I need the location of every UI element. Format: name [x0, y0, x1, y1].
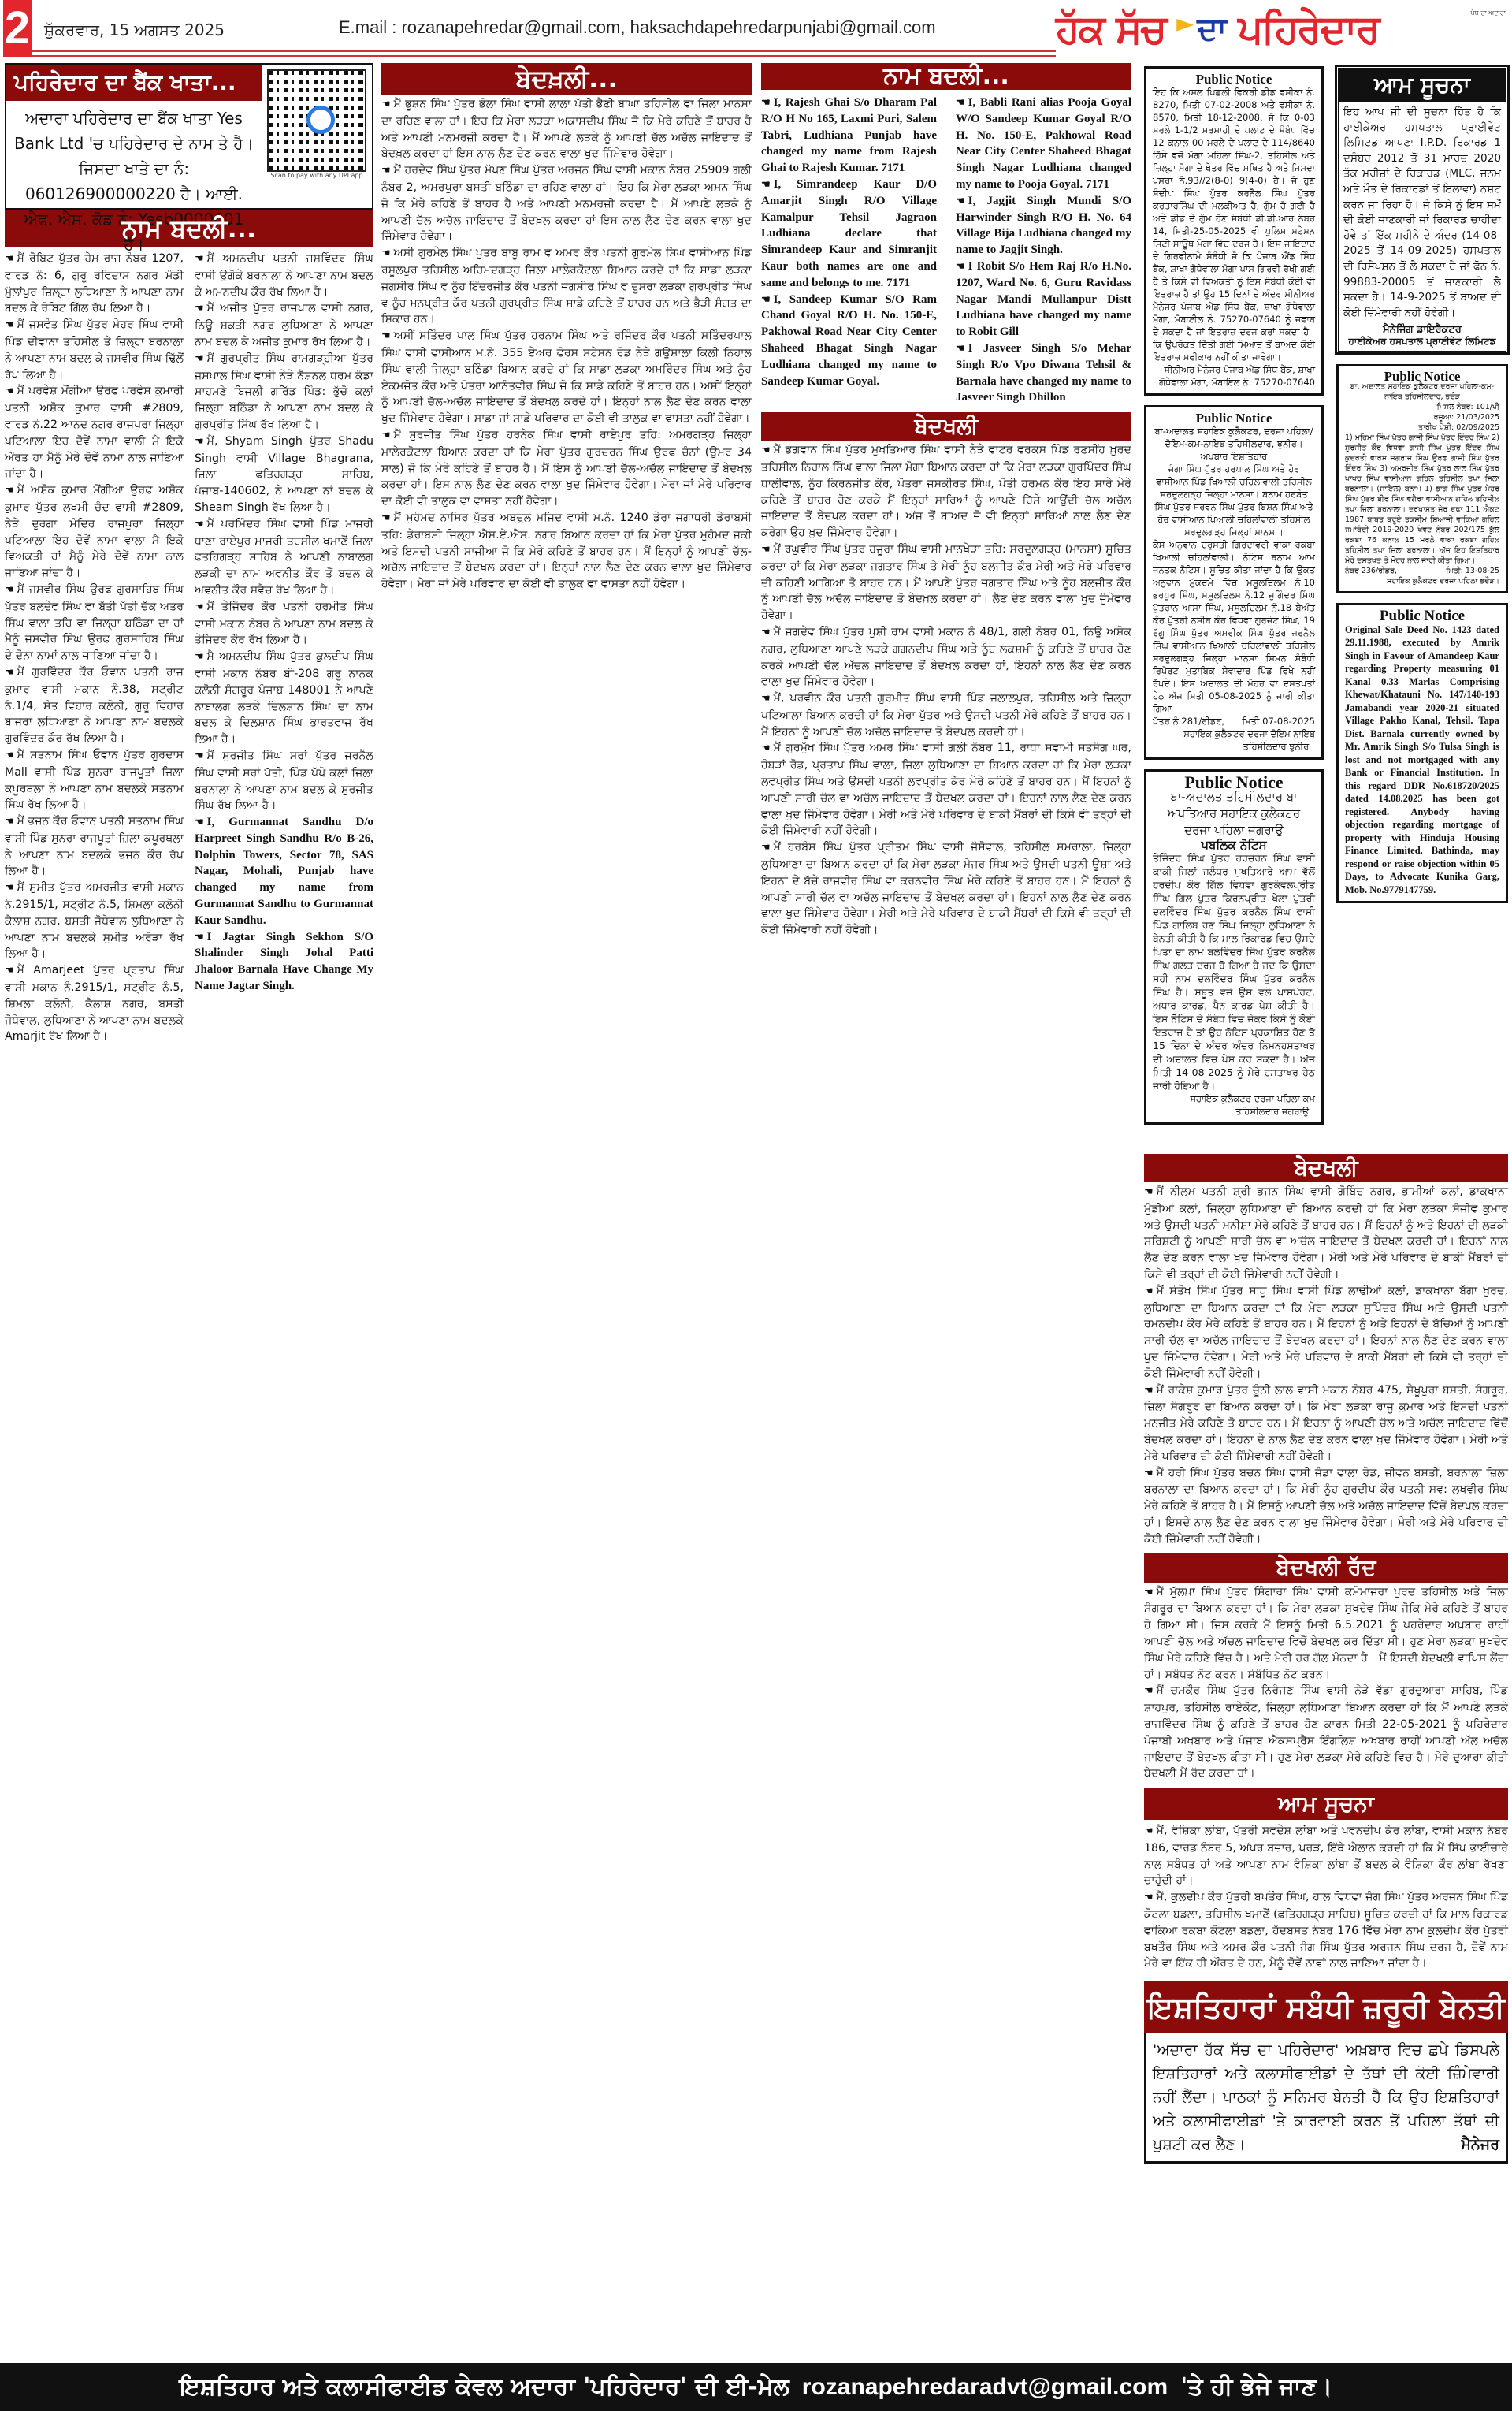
pointing-hand-icon: ☚: [761, 178, 771, 190]
page-number: 2: [3, 0, 32, 57]
signatory-org: ਹਾਈਕੇਅਰ ਹਸਪਤਾਲ ਪ੍ਰਾਈਵੇਟ ਲਿਮਿਟਡ: [1339, 336, 1506, 351]
masthead: 2 ਸ਼ੁੱਕਰਵਾਰ, 15 ਅਗਸਤ 2025 E.mail : rozan…: [0, 0, 1512, 55]
contact-emails: E.mail : rozanapehredar@gmail.com, haksa…: [339, 17, 936, 38]
footer-suffix: 'ਤੇ ਹੀ ਭੇਜੇ ਜਾਣ।: [1180, 2373, 1332, 2401]
pointing-hand-icon: ☚: [5, 816, 14, 828]
list-item: ☚ਮੈਂ ਅਮਨਦੀਪ ਪਤਨੀ ਜਸਵਿੰਦਰ ਸਿੰਘ ਵਾਸੀ ਉਗੋਕੇ…: [195, 251, 373, 300]
pointing-hand-icon: ☚: [1144, 1685, 1154, 1697]
pointing-hand-icon: ☚: [195, 651, 204, 663]
name-change-list-left: ☚ਮੈਂ ਰੋਬਿਟ ਪੁੱਤਰ ਹੇਮ ਰਾਜ ਨੰਬਰ 1207, ਵਾਰਡ…: [5, 251, 184, 1045]
list-item: ☚ਮੈਂ ਹਰੀ ਸਿੰਘ ਪੁੱਤਰ ਬਚਨ ਸਿੰਘ ਵਾਸੀ ਜੰਡਾ ਵ…: [1144, 1465, 1508, 1548]
list-item: ☚ਮੈਂ ਮੁੱਲਖ਼ਾ ਸਿੰਘ ਪੁੱਤਰ ਸ਼ਿੰਗਾਰਾ ਸਿੰਘ ਵਾ…: [1144, 1584, 1508, 1684]
column-public-notices-left: Public Notice ਇਹ ਕਿ ਅਸਲ ਪਿਛਲੀ ਵਿਕਰੀ ਡੀਡ …: [1144, 66, 1324, 1134]
logo-part-1: ਹੱਕ ਸੱਚ: [1056, 6, 1165, 53]
public-notice-sale-deed: Public Notice Original Sale Deed No. 142…: [1336, 603, 1508, 903]
list-item: ☚ਮੈਂ ਸੁਮੀਤ ਪੁੱਤਰ ਅਮਰਜੀਤ ਵਾਸੀ ਮਕਾਨ ਨੰ.291…: [5, 880, 184, 962]
list-item: ☚ਮੈਂ ਚਮਕੌਰ ਸਿੰਘ ਪੁੱਤਰ ਨਿਰੰਜਣ ਸਿੰਘ ਵਾਸੀ ਨ…: [1144, 1683, 1508, 1782]
pointing-hand-icon: ☚: [5, 584, 14, 596]
section-title-name-change-2: ਨਾਮ ਬਦਲੀ...: [761, 63, 1131, 90]
list-item: ☚ਮੈਂ, ਵੰਸ਼ਿਕਾ ਲਾਂਬਾ, ਪੁੱਤਰੀ ਸਵਦੇਸ਼ ਲਾਂਬਾ…: [1144, 1823, 1508, 1889]
list-item: ☚ਮੈਂ, ਪਰਵੀਨ ਕੌਰ ਪਤਨੀ ਗੁਰਮੀਤ ਸਿੰਘ ਵਾਸੀ ਪਿ…: [761, 690, 1131, 740]
list-item: ☚ਮੈਂ ਰੋਬਿਟ ਪੁੱਤਰ ਹੇਮ ਰਾਜ ਨੰਬਰ 1207, ਵਾਰਡ…: [5, 251, 184, 317]
list-item: ☚I, Simrandeep Kaur D/O Amarjit Singh R/…: [761, 177, 937, 292]
pointing-hand-icon: ☚: [195, 303, 204, 314]
list-item: ☚ਮੈਂ ਗੁਰਵਿੰਦਰ ਕੌਰ ਓਵਾਨ ਪਤਨੀ ਰਾਜ ਕੁਮਾਰ ਵਾ…: [5, 664, 184, 747]
list-item: ☚I Jasveer Singh S/o Mehar Singh R/o Vpo…: [956, 340, 1131, 406]
pointing-hand-icon: ☚: [5, 882, 14, 894]
pointing-hand-icon: ☚: [1144, 1892, 1154, 1903]
pointing-hand-icon: ☚: [5, 319, 14, 331]
list-item: ☚ਅਸੀ ਗੁਰਮੇਲ ਸਿੰਘ ਪੁਤਰ ਬਾਬੂ ਰਾਮ ਵ ਅਮਰ ਕੌਰ…: [381, 245, 752, 328]
signatory: ਮੈਨੇਜਿੰਗ ਡਾਇਰੈਕਟਰ: [1339, 324, 1506, 336]
list-item: ☚ਮੈਂ ਰਘੁਵੀਰ ਸਿੰਘ ਪੁੱਤਰ ਹਜੂਰਾ ਸਿੰਘ ਵਾਸੀ ਮ…: [761, 541, 1131, 624]
pointing-hand-icon: ☚: [5, 385, 14, 397]
list-item: ☚ਮੈਂ ਜਸਵੀਰ ਸਿੰਘ ਉਰਫ ਗੁਰਸਾਹਿਬ ਸਿੰਘ ਪੁੱਤਰ …: [5, 582, 184, 664]
pointing-hand-icon: ☚: [195, 436, 204, 448]
pointing-hand-icon: ☚: [1144, 1468, 1154, 1479]
list-item: ☚ਮੈਂ ਭਗਵਾਨ ਸਿੰਘ ਪੁੱਤਰ ਮੁਖਤਿਆਰ ਸਿੰਘ ਵਾਸੀ …: [761, 442, 1131, 541]
list-item: ☚I, Rajesh Ghai S/o Dharam Pal R/O H No …: [761, 95, 937, 177]
pointing-hand-icon: ☚: [956, 342, 965, 354]
qr-caption: Scan to pay with any UPI app: [270, 172, 362, 179]
pointing-hand-icon: ☚: [195, 750, 204, 762]
pointing-hand-icon: ☚: [195, 519, 204, 530]
column-disinheritance: ਬੇਦਖ਼ਲੀ... ☚ਮੈਂ ਭੂਸ਼ਨ ਸਿੰਘ ਪੁੱਤਰ ਭੋਲਾ ਸਿ…: [381, 63, 752, 593]
pointing-hand-icon: ☚: [381, 430, 391, 441]
pointing-hand-icon: ☚: [381, 99, 391, 110]
list-item: ☚ਮੈਂ ਅਸ਼ੋਕ ਕੁਮਾਰ ਮੋਂਗੀਆ ਉਰਫ ਅਸ਼ੋਕ ਕੁਮਾਰ …: [5, 482, 184, 582]
pointing-hand-icon: ☚: [195, 353, 204, 365]
list-item: ☚ਮੈਂ, Shyam Singh ਪੁੱਤਰ Shadu Singh ਵਾਸੀ…: [195, 433, 373, 516]
english-name-list-right: ☚I, Babli Rani alias Pooja Goyal W/O San…: [956, 95, 1131, 406]
masthead-rule: [32, 50, 1056, 57]
list-item: ☚I, Babli Rani alias Pooja Goyal W/O San…: [956, 95, 1131, 193]
list-item: ☚ਮੈਂ ਹਰਬੰਸ ਸਿੰਘ ਪੁੱਤਰ ਪ੍ਰੀਤਮ ਸਿੰਘ ਵਾਸੀ ਜ…: [761, 839, 1131, 939]
footer-text: ਇਸ਼ਤਿਹਾਰ ਅਤੇ ਕਲਾਸੀਫਾਈਡ ਕੇਵਲ ਅਦਾਰਾ 'ਪਹਿਰੇ…: [180, 2373, 789, 2401]
column-right-lower: ਬੇਦਖਲੀ ☚ਮੈਂ ਨੀਲਮ ਪਤਨੀ ਸ਼੍ਰੀ ਭਜਨ ਸਿੰਘ ਵਾਸ…: [1144, 1154, 1508, 2164]
upi-qr-code[interactable]: [267, 69, 366, 172]
ads-appeal-box: 'ਅਦਾਰਾ ਹੱਕ ਸੱਚ ਦਾ ਪਹਿਰੇਦਾਰ' ਅਖ਼ਬਾਰ ਵਿਚ ਛ…: [1144, 2033, 1508, 2164]
pointing-hand-icon: ☚: [761, 693, 771, 705]
ads-appeal-title: ਇਸ਼ਤਿਹਾਰਾਂ ਸਬੰਧੀ ਜ਼ਰੂਰੀ ਬੇਨਤੀ: [1144, 1981, 1508, 2033]
list-item: ☚I Jagtar Singh Sekhon S/O Shalinder Sin…: [195, 929, 373, 995]
logo-part-3: ਪਹਿਰੇਦਾਰ: [1238, 6, 1378, 53]
list-item: ☚ਮੈਂ ਭਜਨ ਕੌਰ ਓਵਾਨ ਪਤਨੀ ਸਤਨਾਮ ਸਿੰਘ ਵਾਸੀ ਪ…: [5, 813, 184, 880]
list-item: ☚ਮੈਂ ਨੀਲਮ ਪਤਨੀ ਸ਼੍ਰੀ ਭਜਨ ਸਿੰਘ ਵਾਸੀ ਗੋਬਿੰ…: [1144, 1184, 1508, 1283]
list-item: ☚ਮੈਂ ਮੁਹੰਮਦ ਨਾਸਿਰ ਪੁੱਤਰ ਅਬਦੁਲ ਮਜਿਦ ਵਾਸੀ …: [381, 510, 752, 593]
section-title-general-notice: ਆਮ ਸੂਚਨਾ: [1144, 1788, 1508, 1820]
column-public-notices-right: ਆਮ ਸੂਚਨਾ ਇਹ ਆਪ ਜੀ ਦੀ ਸੂਚਨਾ ਹਿੱਤ ਹੈ ਕਿ ਹਾ…: [1336, 66, 1508, 913]
column-name-change-2: ਨਾਮ ਬਦਲੀ... ☚I, Rajesh Ghai S/o Dharam P…: [761, 63, 1131, 939]
list-item: ☚ਮੈਂ ਜਗਦੇਵ ਸਿੰਘ ਪੁੱਤਰ ਖੁਸ਼ੀ ਰਾਮ ਵਾਸੀ ਮਕਾ…: [761, 624, 1131, 690]
pointing-hand-icon: ☚: [761, 627, 771, 638]
general-notice-hospital: ਆਮ ਸੂਚਨਾ ਇਹ ਆਪ ਜੀ ਦੀ ਸੂਚਨਾ ਹਿੱਤ ਹੈ ਕਿ ਹਾ…: [1336, 66, 1508, 353]
list-item: ☚ਮੈਂ ਭੂਸ਼ਨ ਸਿੰਘ ਪੁੱਤਰ ਭੋਲਾ ਸਿੰਘ ਵਾਸੀ ਲਾਲ…: [381, 96, 752, 162]
issue-date: ਸ਼ੁੱਕਰਵਾਰ, 15 ਅਗਸਤ 2025: [44, 20, 225, 39]
list-item: ☚ਮੈਂ Amarjeet ਪੁੱਤਰ ਪ੍ਰਤਾਪ ਸਿੰਘ ਵਾਸੀ ਮਕਾ…: [5, 962, 184, 1045]
list-item: ☚I Robit S/o Hem Raj R/o H.No. 1207, War…: [956, 259, 1131, 340]
public-notice-lost-deed: Public Notice ਇਹ ਕਿ ਅਸਲ ਪਿਛਲੀ ਵਿਕਰੀ ਡੀਡ …: [1144, 66, 1324, 396]
bank-box: ਪਹਿਰੇਦਾਰ ਦਾ ਬੈਂਕ ਖਾਤਾ... ਅਦਾਰਾ ਪਹਿਰੇਦਾਰ …: [5, 63, 373, 210]
pointing-hand-icon: ☚: [195, 816, 204, 828]
list-item: ☚ਮੈਂ, ਕੁਲਦੀਪ ਕੌਰ ਪੁੱਤਰੀ ਬਖਤੌਰ ਸਿੰਘ, ਹਾਲ …: [1144, 1889, 1508, 1972]
pointing-hand-icon: ☚: [761, 445, 771, 456]
list-item: ☚I, Gurmannat Sandhu D/o Harpreet Singh …: [195, 814, 373, 929]
public-notice-jagraon: Public Notice ਬਾ-ਅਦਾਲਤ ਤਹਿਸੀਲਦਾਰ ਬਾ ਅਖਤਿ…: [1144, 769, 1324, 1125]
pointing-hand-icon: ☚: [5, 253, 14, 265]
section-title-disinheritance: ਬੇਦਖ਼ਲੀ...: [381, 63, 752, 95]
list-item: ☚ਮੈਂ ਰਾਕੇਸ਼ ਕੁਮਾਰ ਪੁੱਤਰ ਚੂੰਨੀ ਲਾਲ ਵਾਸੀ ਮ…: [1144, 1382, 1508, 1465]
pointing-hand-icon: ☚: [381, 247, 391, 259]
list-item: ☚ਮੈਂ ਗੁਰਪ੍ਰੀਤ ਸਿੰਘ ਰਾਮਗੜ੍ਹੀਆ ਪੁੱਤਰ ਜਸਪਾਲ…: [195, 351, 373, 433]
pointing-hand-icon: ☚: [5, 667, 14, 679]
public-notice-jhunir: Public Notice ਬਾ-ਅਦਾਲਤ ਸਹਾਇਕ ਕੁਲੈਕਟਰ, ਦਰ…: [1144, 405, 1324, 760]
list-item: ☚ਮੈਂ ਸੰਤੋਖ ਸਿੰਘ ਪੁੱਤਰ ਸਾਧੂ ਸਿੰਘ ਵਾਸੀ ਪਿੰ…: [1144, 1283, 1508, 1382]
pointing-hand-icon: ☚: [761, 293, 771, 305]
pointing-hand-icon: ☚: [195, 931, 204, 943]
disinherit-list-2: ☚ਮੈਂ ਭਗਵਾਨ ਸਿੰਘ ਪੁੱਤਰ ਮੁਖਤਿਆਰ ਸਿੰਘ ਵਾਸੀ …: [761, 442, 1131, 939]
pointing-hand-icon: ☚: [195, 253, 204, 265]
disinherit-list: ☚ਮੈਂ ਭੂਸ਼ਨ ਸਿੰਘ ਪੁੱਤਰ ਭੋਲਾ ਸਿੰਘ ਵਾਸੀ ਲਾਲ…: [381, 96, 752, 593]
pointing-hand-icon: ☚: [761, 842, 771, 854]
column-name-change-1: ਪਹਿਰੇਦਾਰ ਦਾ ਬੈਂਕ ਖਾਤਾ... ਅਦਾਰਾ ਪਹਿਰੇਦਾਰ …: [5, 63, 373, 1045]
section-title-disinheritance-3: ਬੇਦਖਲੀ: [1144, 1154, 1508, 1182]
pointing-hand-icon: ☚: [5, 485, 14, 497]
pointing-hand-icon: ☚: [5, 750, 14, 761]
list-item: ☚I, Jagjit Singh Mundi S/O Harwinder Sin…: [956, 193, 1131, 259]
public-notice-bhadaur: Public Notice ਬਾ: ਅਦਾਲਤ ਸਹਾਇਕ ਕੁਲੈਕਟਰ ਦਰ…: [1336, 364, 1508, 593]
section-title-disinheritance-revoked: ਬੇਦਖਲੀ ਰੱਦ: [1144, 1553, 1508, 1583]
list-item: ☚ਮੈਂ ਸੁਰਜੀਤ ਸਿੰਘ ਪੁੱਤਰ ਹਰਨੇਕ ਸਿੰਘ ਵਾਸੀ ਰ…: [381, 427, 752, 510]
list-item: ☚ਮੈ ਅਮਨਦੀਪ ਸਿੰਘ ਪੁੱਤਰ ਕੁਲਦੀਪ ਸਿੰਘ ਵਾਸੀ ਮ…: [195, 649, 373, 748]
pointing-hand-icon: ☚: [1144, 1186, 1154, 1198]
pointing-hand-icon: ☚: [381, 512, 391, 524]
pointing-hand-icon: ☚: [761, 96, 771, 108]
footer-ad-email[interactable]: rozanapehredaradvt@gmail.com: [802, 2374, 1168, 2401]
pointing-hand-icon: ☚: [381, 165, 391, 177]
pointing-hand-icon: ☚: [1144, 1385, 1154, 1397]
pointing-hand-icon: ☚: [761, 544, 771, 556]
flag-icon: [1176, 19, 1194, 39]
pointing-hand-icon: ☚: [761, 742, 771, 754]
pointing-hand-icon: ☚: [195, 601, 204, 613]
pointing-hand-icon: ☚: [1144, 1825, 1154, 1837]
list-item: ☚ਮੈਂ ਸਤਨਾਮ ਸਿੰਘ ਓਵਾਨ ਪੁੱਤਰ ਗੁਰਦਾਸ Mall ਵ…: [5, 747, 184, 813]
list-item: ☚ਮੈਂ ਪਰਵੇਸ਼ ਮੋਂਗੀਆ ਉਰਫ ਪਰਵੇਸ਼ ਕੁਮਾਰੀ ਪਤਨ…: [5, 383, 184, 482]
list-item: ☚ਮੈਂ ਜਸਵੰਤ ਸਿੰਘ ਪੁੱਤਰ ਮੇਹਰ ਸਿੰਘ ਵਾਸੀ ਪਿੰ…: [5, 317, 184, 383]
general-notice-body: ਇਹ ਆਪ ਜੀ ਦੀ ਸੂਚਨਾ ਹਿੱਤ ਹੈ ਕਿ ਹਾਈਕੇਅਰ ਹਸਪ…: [1339, 102, 1506, 324]
name-change-list-right: ☚ਮੈਂ ਅਮਨਦੀਪ ਪਤਨੀ ਜਸਵਿੰਦਰ ਸਿੰਘ ਵਾਸੀ ਉਗੋਕੇ…: [195, 251, 373, 1045]
list-item: ☚ਅਸੀਂ ਸਤਿੰਦਰ ਪਾਲ ਸਿੰਘ ਪੁੱਤਰ ਹਰਨਾਮ ਸਿੰਘ ਅ…: [381, 328, 752, 427]
pointing-hand-icon: ☚: [1144, 1285, 1154, 1297]
bank-title: ਪਹਿਰੇਦਾਰ ਦਾ ਬੈਂਕ ਖਾਤਾ...: [6, 65, 262, 101]
list-item: ☚ਮੈਂ ਅਜੀਤ ਪੁੱਤਰ ਰਾਜਪਾਲ ਵਾਸੀ ਨਗਰ, ਨਿਊ ਸ਼ਕ…: [195, 300, 373, 350]
list-item: ☚ਮੈਂ ਹਰਦੇਵ ਸਿੰਘ ਪੁੱਤਰ ਮੱਖਣ ਸਿੰਘ ਪੁੱਤਰ ਅਰ…: [381, 162, 752, 245]
logo-part-2: ਦਾ: [1197, 11, 1227, 47]
list-item: ☚ਮੈਂ ਪਰਮਿੰਦਰ ਸਿੰਘ ਵਾਸੀ ਪਿੰਡ ਮਾਜਰੀ ਥਾਣਾ ਰ…: [195, 516, 373, 599]
english-name-list-left: ☚I, Rajesh Ghai S/o Dharam Pal R/O H No …: [761, 95, 937, 406]
footer-banner: ਇਸ਼ਤਿਹਾਰ ਅਤੇ ਕਲਾਸੀਫਾਈਡ ਕੇਵਲ ਅਦਾਰਾ 'ਪਹਿਰੇ…: [0, 2363, 1512, 2411]
pointing-hand-icon: ☚: [956, 96, 965, 108]
list-item: ☚ਮੈਂ ਸੁਰਜੀਤ ਸਿੰਘ ਸਰਾਂ ਪੁੱਤਰ ਜਰਨੈਲ ਸਿੰਘ ਵ…: [195, 748, 373, 814]
section-title-disinheritance-2: ਬੇਦਖਲੀ: [761, 412, 1131, 441]
logo-tagline: ਪੰਥ ਦਾ ਅਦਾਰਾ: [1470, 9, 1506, 17]
pointing-hand-icon: ☚: [381, 330, 391, 342]
general-notice-title: ਆਮ ਸੂਚਨਾ: [1339, 69, 1506, 102]
pointing-hand-icon: ☚: [956, 260, 965, 272]
list-item: ☚I, Sandeep Kumar S/O Ram Chand Goyal R/…: [761, 292, 937, 390]
pointing-hand-icon: ☚: [1144, 1587, 1154, 1598]
pointing-hand-icon: ☚: [956, 195, 965, 206]
list-item: ☚ਮੈਂ ਗੁਰਮੁੱਖ ਸਿੰਘ ਪੁੱਤਰ ਅਮਰ ਸਿੰਘ ਵਾਸੀ ਗਲ…: [761, 740, 1131, 839]
appeal-signatory: ਮੈਨੇਜਰ: [1461, 2133, 1499, 2156]
pointing-hand-icon: ☚: [5, 965, 14, 977]
list-item: ☚ਮੈਂ ਤੇਜਿੰਦਰ ਕੌਰ ਪਤਨੀ ਹਰਮੀਤ ਸਿੰਘ ਵਾਸੀ ਮਕ…: [195, 599, 373, 649]
newspaper-logo: ਹੱਕ ਸੱਚ ਦਾ ਪਹਿਰੇਦਾਰ ਪੰਥ ਦਾ ਅਦਾਰਾ: [1056, 5, 1509, 54]
